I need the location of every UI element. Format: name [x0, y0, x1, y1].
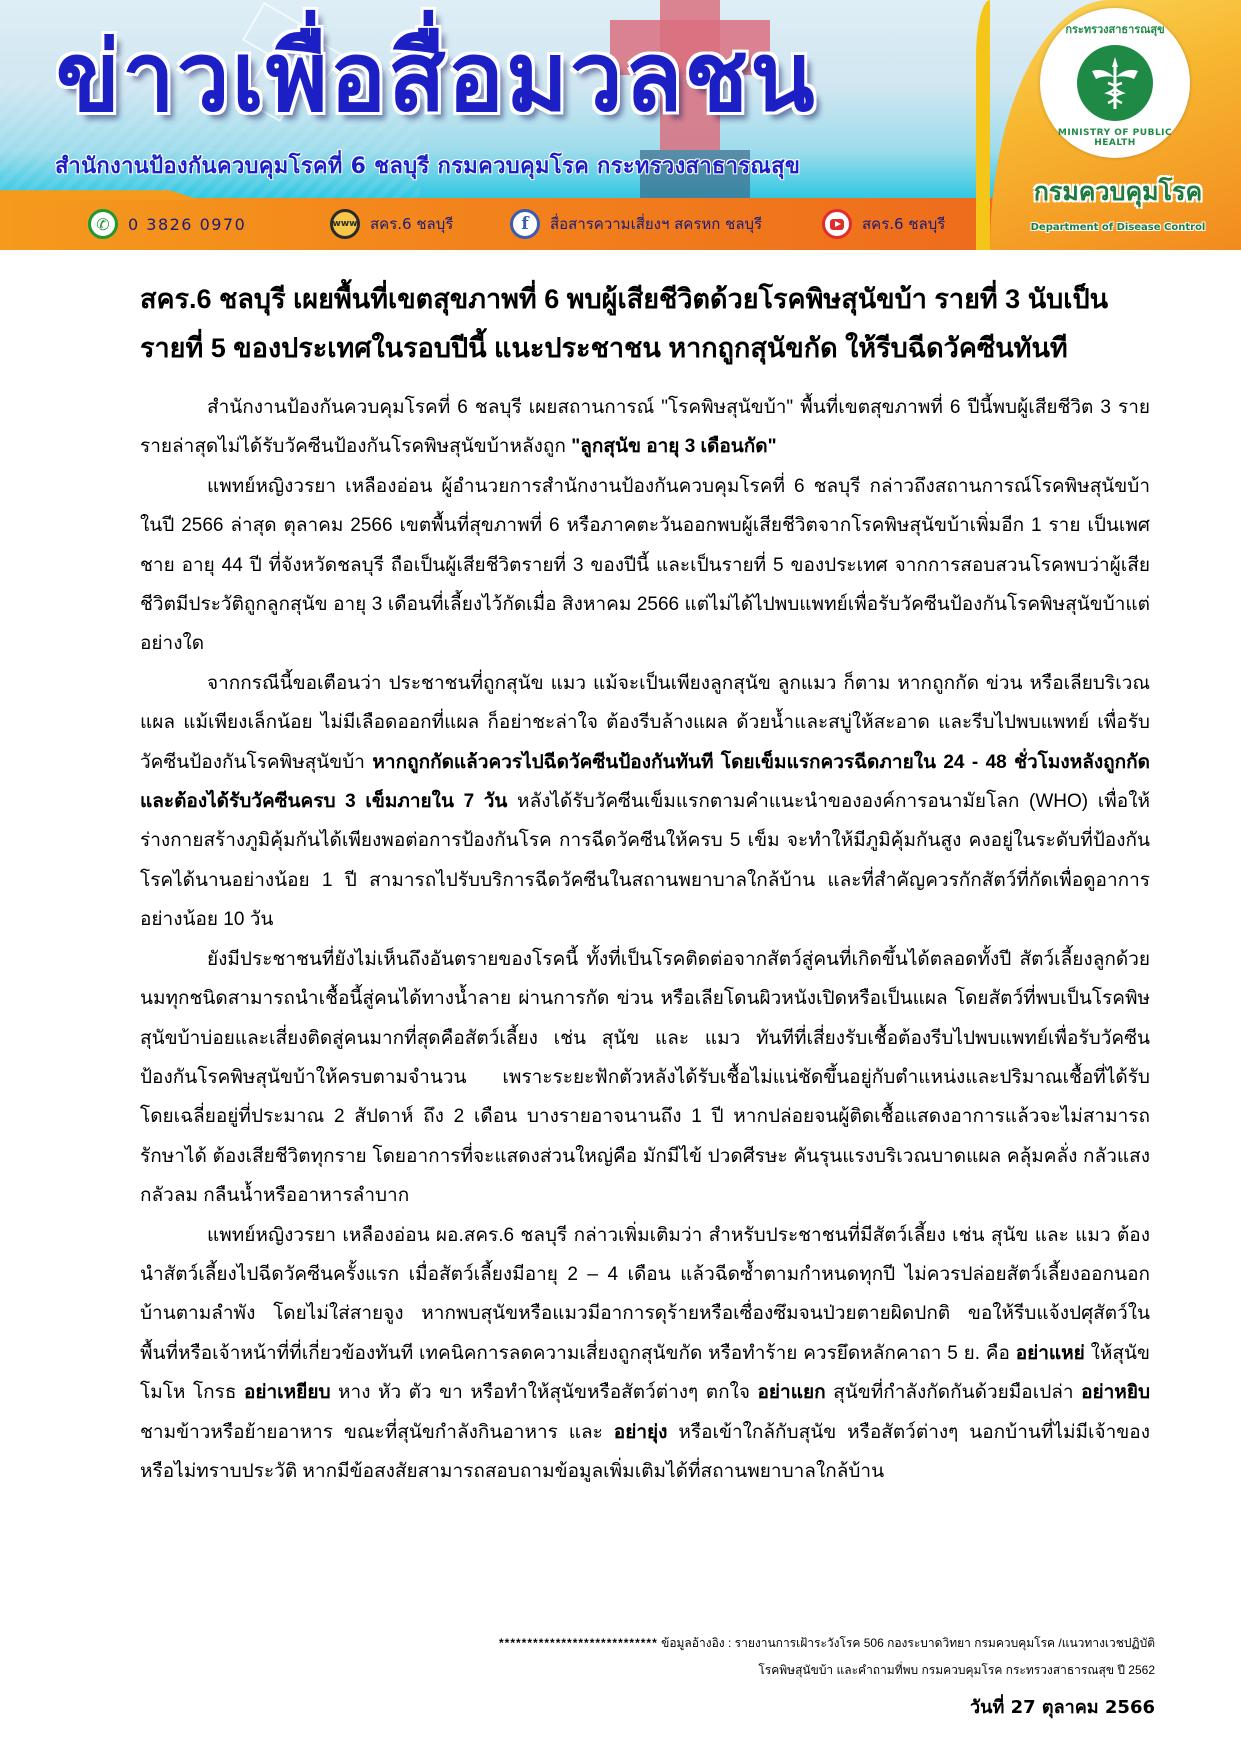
department-name-thai: กรมควบคุมโรค: [1008, 172, 1228, 212]
youtube-icon: [822, 209, 852, 239]
paragraph-text: ชามข้าวหรือย้ายอาหาร ขณะที่สุนัขกำลังกิน…: [140, 1422, 614, 1443]
caduceus-icon: [1077, 45, 1153, 121]
paragraph-1: สำนักงานป้องกันควบคุมโรคที่ 6 ชลบุรี เผย…: [140, 388, 1150, 467]
reference-text: ข้อมูลอ้างอิง : รายงานการเฝ้าระวังโรค 50…: [661, 1636, 1155, 1650]
paragraph-text: แพทย์หญิงวรยา เหลืองอ่อน ผอ.สคร.6 ชลบุรี…: [140, 1225, 1150, 1364]
paragraph-5: แพทย์หญิงวรยา เหลืองอ่อน ผอ.สคร.6 ชลบุรี…: [140, 1216, 1150, 1492]
article-headline: สคร.6 ชลบุรี เผยพื้นที่เขตสุขภาพที่ 6 พบ…: [140, 275, 1150, 373]
emphasis-text: อย่ายุ่ง: [614, 1422, 668, 1443]
emphasis-text: อย่าหยิบ: [1081, 1382, 1150, 1403]
divider-stars: ****************************: [499, 1636, 658, 1650]
emphasis-text: อย่าแยก: [758, 1382, 826, 1403]
contact-facebook[interactable]: f สื่อสารความเสี่ยงฯ สครหก ชลบุรี: [510, 208, 762, 240]
contact-phone[interactable]: ✆ 0 3826 0970: [88, 208, 246, 240]
contact-website[interactable]: www สคร.6 ชลบุรี: [330, 208, 453, 240]
emphasis-text: อย่าแหย่: [1016, 1343, 1085, 1364]
paragraph-2: แพทย์หญิงวรยา เหลืองอ่อน ผู้อำนวยการสำนั…: [140, 467, 1150, 664]
website-label: สคร.6 ชลบุรี: [370, 212, 453, 236]
reference-line-1: **************************** ข้อมูลอ้างอ…: [440, 1630, 1155, 1657]
paragraph-text: หาง หัว ตัว ขา หรือทำให้สุนัขหรือสัตว์ต่…: [331, 1382, 758, 1403]
header-banner: ข่าวเพื่อสื่อมวลชน สำนักงานป้องกันควบคุม…: [0, 0, 1241, 250]
paragraph-3: จากกรณีนี้ขอเตือนว่า ประชาชนที่ถูกสุนัข …: [140, 664, 1150, 940]
contact-bar: ✆ 0 3826 0970 www สคร.6 ชลบุรี f สื่อสาร…: [0, 198, 1010, 250]
youtube-label: สคร.6 ชลบุรี: [862, 212, 945, 236]
logo-panel: กระทรวงสาธารณสุข MINISTRY OF PUBLIC HEAL…: [990, 0, 1241, 250]
phone-icon: ✆: [88, 209, 118, 239]
paragraph-4: ยังมีประชาชนที่ยังไม่เห็นถึงอันตรายของโร…: [140, 940, 1150, 1216]
department-name-english: Department of Disease Control: [1008, 222, 1228, 233]
reference-note: **************************** ข้อมูลอ้างอ…: [440, 1630, 1155, 1684]
paragraph-text: สุนัขที่กำลังกัดกันด้วยมือเปล่า: [826, 1382, 1081, 1403]
facebook-label: สื่อสารความเสี่ยงฯ สครหก ชลบุรี: [550, 212, 762, 236]
phone-number: 0 3826 0970: [128, 215, 246, 234]
seal-text-thai: กระทรวงสาธารณสุข: [1040, 20, 1190, 38]
reference-line-2: โรคพิษสุนัขบ้า และคำถามที่พบ กรมควบคุมโร…: [440, 1657, 1155, 1684]
banner-title: ข่าวเพื่อสื่อมวลชน: [56, 22, 817, 132]
emphasis-text: "ลูกสุนัข อายุ 3 เดือนกัด": [571, 436, 776, 457]
emphasis-text: อย่าเหยียบ: [244, 1382, 331, 1403]
ministry-seal-logo: กระทรวงสาธารณสุข MINISTRY OF PUBLIC HEAL…: [1040, 8, 1190, 158]
globe-icon: www: [330, 209, 360, 239]
publication-date: วันที่ 27 ตุลาคม 2566: [840, 1692, 1155, 1721]
seal-text-english: MINISTRY OF PUBLIC HEALTH: [1040, 128, 1190, 148]
contact-youtube[interactable]: สคร.6 ชลบุรี: [822, 208, 945, 240]
facebook-icon: f: [510, 209, 540, 239]
banner-subtitle: สำนักงานป้องกันควบคุมโรคที่ 6 ชลบุรี กรม…: [55, 148, 800, 183]
article-body: สำนักงานป้องกันควบคุมโรคที่ 6 ชลบุรี เผย…: [140, 388, 1150, 1491]
